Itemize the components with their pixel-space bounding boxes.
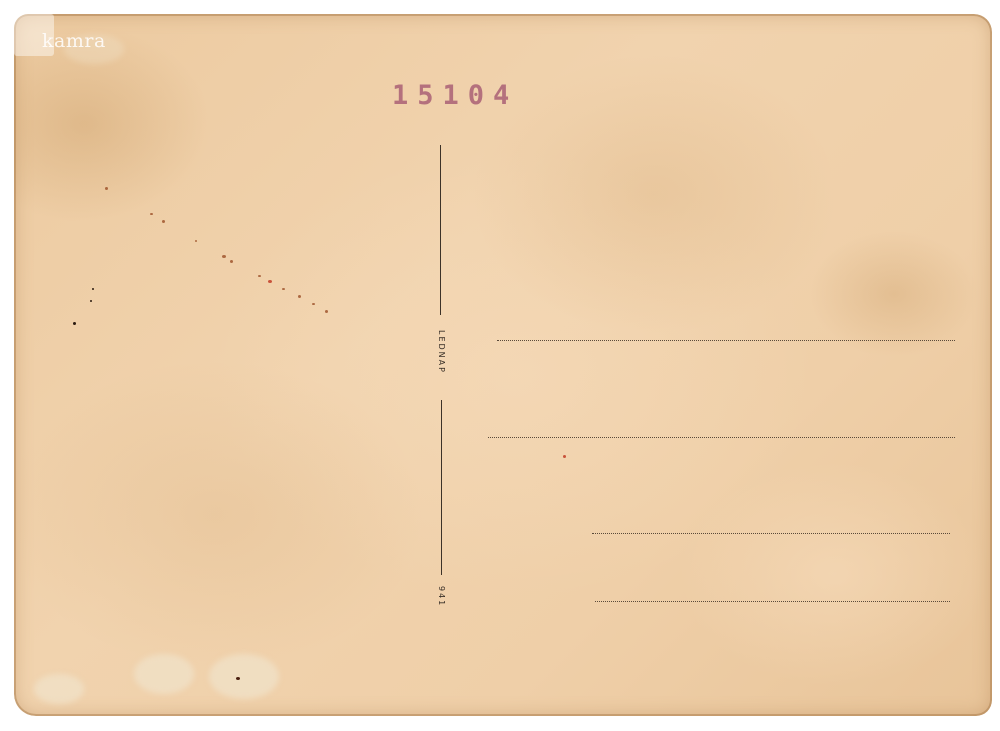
worn-patch — [134, 654, 194, 694]
watermark-text: kamra — [42, 30, 106, 52]
divider-code-text: 941 — [437, 586, 446, 607]
worn-patch — [34, 674, 84, 704]
inventory-stamp-number: 15104 — [392, 80, 518, 111]
divider-line-bottom — [441, 400, 442, 575]
divider-line-top — [440, 145, 441, 315]
address-line-2 — [488, 437, 955, 438]
divider-publisher-text: LEDNAP — [437, 330, 446, 374]
address-line-4 — [595, 601, 950, 602]
kamra-watermark: kamra — [14, 14, 106, 56]
address-line-1 — [497, 340, 955, 341]
postcard-back — [14, 14, 992, 716]
address-line-3 — [592, 533, 950, 534]
worn-patch — [209, 654, 279, 699]
